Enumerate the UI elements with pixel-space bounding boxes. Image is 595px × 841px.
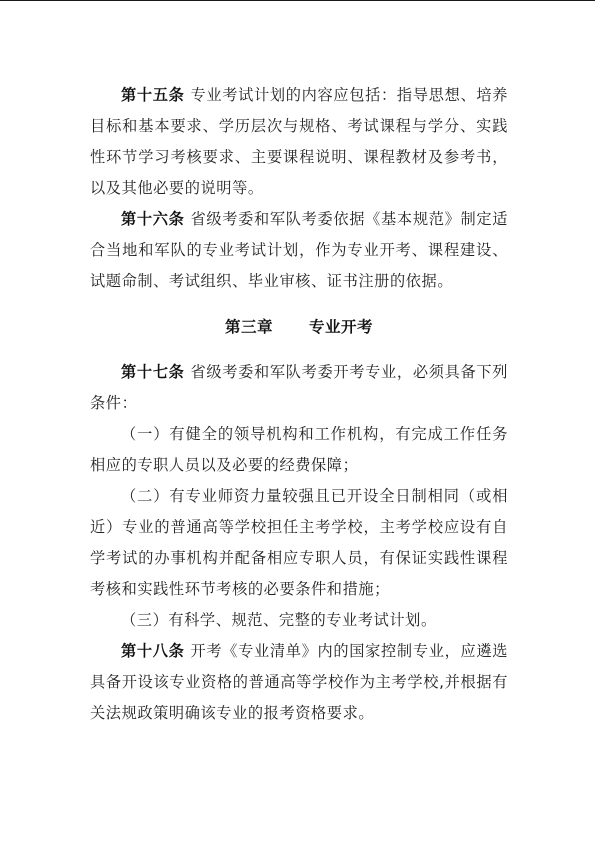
article-18: 第十八条开考《专业清单》内的国家控制专业，应遴选具备开设该专业资格的普通高等学校… [90, 636, 508, 729]
article-17-item-1: （一）有健全的领导机构和工作机构，有完成工作任务相应的专职人员以及必要的经费保障… [90, 419, 508, 481]
article-16: 第十六条省级考委和军队考委依据《基本规范》制定适合当地和军队的专业考试计划，作为… [90, 204, 508, 297]
article-number: 第十五条 [121, 86, 185, 104]
article-17-item-3: （三）有科学、规范、完整的专业考试计划。 [90, 605, 508, 636]
article-number: 第十六条 [121, 210, 185, 228]
article-17-item-2: （二）有专业师资力量较强且已开设全日制相同（或相近）专业的普通高等学校担任主考学… [90, 481, 508, 605]
article-number: 第十八条 [121, 642, 185, 660]
top-border-line [0, 0, 595, 1]
article-15: 第十五条专业考试计划的内容应包括：指导思想、培养目标和基本要求、学历层次与规格、… [90, 80, 508, 204]
chapter-number: 第三章 [225, 318, 273, 336]
article-17: 第十七条省级考委和军队考委开考专业，必须具备下列条件： [90, 357, 508, 419]
document-page: 第十五条专业考试计划的内容应包括：指导思想、培养目标和基本要求、学历层次与规格、… [90, 80, 508, 729]
chapter-title: 专业开考 [309, 318, 373, 336]
article-number: 第十七条 [121, 363, 185, 381]
chapter-heading: 第三章专业开考 [90, 312, 508, 343]
